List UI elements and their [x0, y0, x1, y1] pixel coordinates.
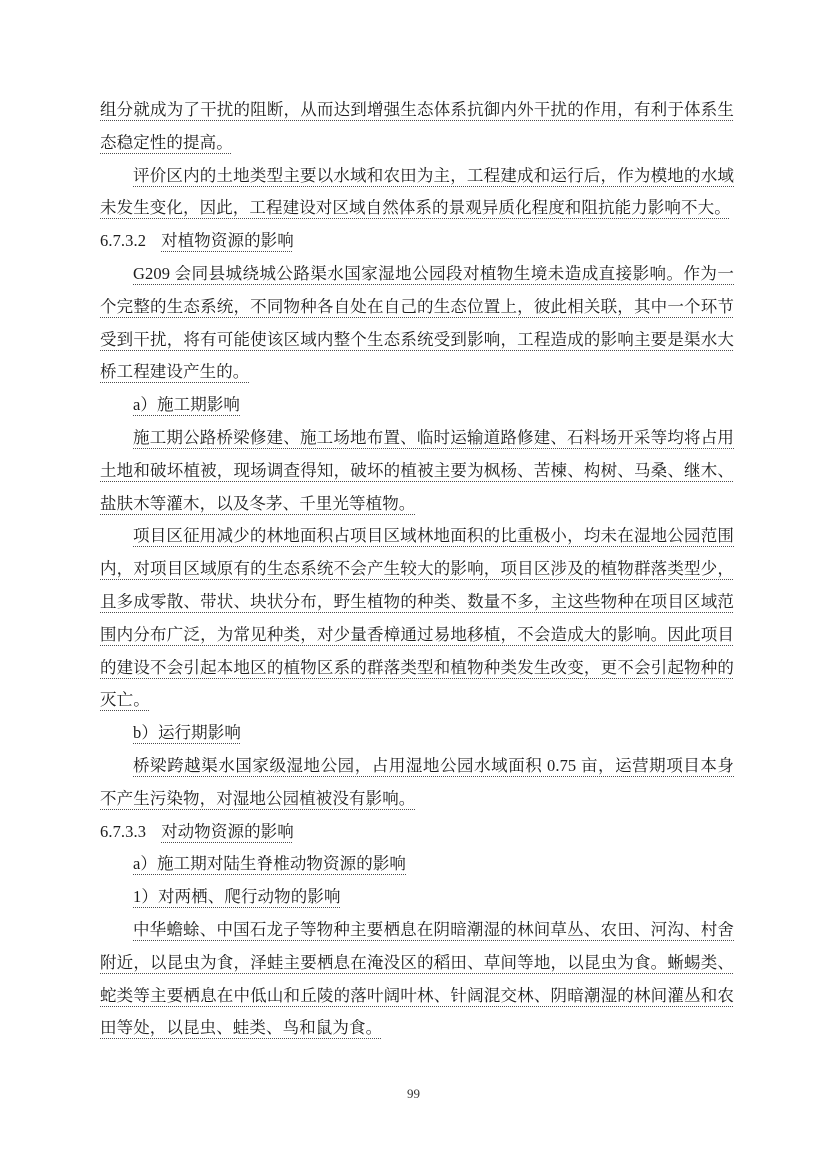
paragraph: 施工期公路桥梁修建、施工场地布置、临时运输道路修建、石料场开采等均将占用土地和破… [100, 422, 734, 520]
page-number: 99 [0, 1086, 827, 1102]
paragraph-text: 桥梁跨越渠水国家级湿地公园，占用湿地公园水域面积 0.75 亩，运营期项目本身不… [100, 756, 734, 808]
paragraph-text: G209 会同县城绕城公路渠水国家湿地公园段对植物生境未造成直接影响。作为一个完… [100, 264, 734, 381]
paragraph-text: 项目区征用减少的林地面积占项目区域林地面积的比重极小，均未在湿地公园范围内，对项… [100, 526, 734, 709]
paragraph: 评价区内的土地类型主要以水域和农田为主，工程建成和运行后，作为模地的水域未发生变… [100, 160, 734, 226]
paragraph-text: 中华蟾蜍、中国石龙子等物种主要栖息在阴暗潮湿的林间草丛、农田、河沟、村舍附近，以… [100, 920, 734, 1037]
section-title: 对动物资源的影响 [161, 822, 294, 841]
paragraph: 组分就成为了干扰的阻断，从而达到增强生态体系抗御内外干扰的作用，有利于体系生态稳… [100, 94, 734, 160]
subheading-text: 1）对两栖、爬行动物的影响 [133, 887, 341, 906]
paragraph: 中华蟾蜍、中国石龙子等物种主要栖息在阴暗潮湿的林间草丛、农田、河沟、村舍附近，以… [100, 914, 734, 1045]
paragraph: G209 会同县城绕城公路渠水国家湿地公园段对植物生境未造成直接影响。作为一个完… [100, 258, 734, 389]
document-body: 组分就成为了干扰的阻断，从而达到增强生态体系抗御内外干扰的作用，有利于体系生态稳… [100, 94, 734, 1045]
paragraph-text: 评价区内的土地类型主要以水域和农田为主，工程建成和运行后，作为模地的水域未发生变… [100, 166, 734, 218]
subheading: a）施工期影响 [100, 389, 734, 422]
paragraph-text: 组分就成为了干扰的阻断，从而达到增强生态体系抗御内外干扰的作用，有利于体系生态稳… [100, 100, 734, 152]
paragraph: 桥梁跨越渠水国家级湿地公园，占用湿地公园水域面积 0.75 亩，运营期项目本身不… [100, 750, 734, 816]
subheading: 1）对两栖、爬行动物的影响 [100, 881, 734, 914]
section-number: 6.7.3.2 [100, 225, 146, 258]
subheading-text: a）施工期对陆生脊椎动物资源的影响 [133, 854, 406, 873]
subheading: b）运行期影响 [100, 717, 734, 750]
section-title: 对植物资源的影响 [161, 231, 294, 250]
paragraph-text: 施工期公路桥梁修建、施工场地布置、临时运输道路修建、石料场开采等均将占用土地和破… [100, 428, 734, 513]
section-number: 6.7.3.3 [100, 816, 146, 849]
document-page: 组分就成为了干扰的阻断，从而达到增强生态体系抗御内外干扰的作用，有利于体系生态稳… [0, 0, 827, 1169]
section-heading: 6.7.3.3对动物资源的影响 [100, 816, 734, 849]
paragraph: 项目区征用减少的林地面积占项目区域林地面积的比重极小，均未在湿地公园范围内，对项… [100, 520, 734, 717]
subheading: a）施工期对陆生脊椎动物资源的影响 [100, 848, 734, 881]
subheading-text: a）施工期影响 [133, 395, 240, 414]
section-heading: 6.7.3.2对植物资源的影响 [100, 225, 734, 258]
subheading-text: b）运行期影响 [133, 723, 241, 742]
